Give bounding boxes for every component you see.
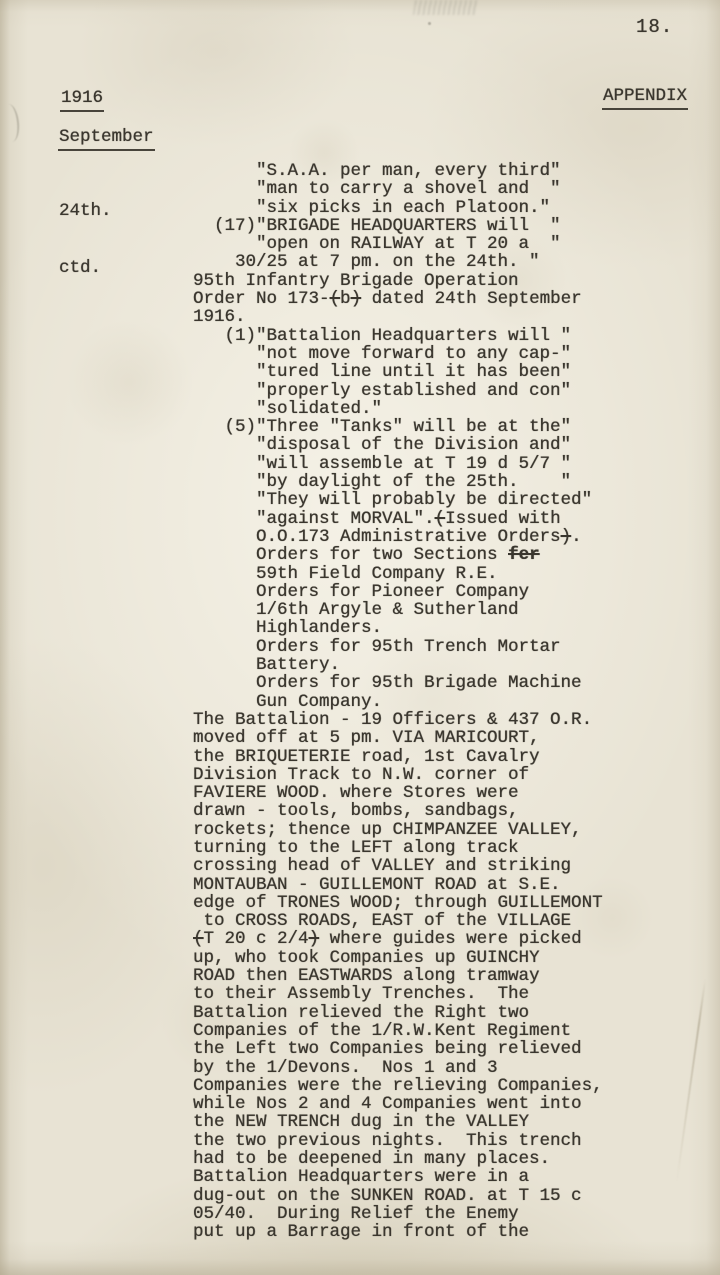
appendix-heading-text: APPENDIX [602, 86, 688, 110]
typed-line: "tured line until it has been" [193, 363, 603, 381]
typescript: "S.A.A. per man, every third" "man to ca… [193, 162, 603, 1242]
typed-line: "disposal of the Division and" [193, 436, 603, 454]
typed-line: to CROSS ROADS, EAST of the VILLAGE [193, 912, 603, 930]
typed-line: Orders for two Sections fer [193, 546, 603, 564]
typed-line: edge of TRONES WOOD; through GUILLEMONT [193, 894, 603, 912]
typed-line: Orders for Pioneer Company [193, 583, 603, 601]
typed-line: (T 20 c 2/4) where guides were picked [193, 930, 603, 948]
paper-crease [676, 979, 707, 1182]
typed-line: 30/25 at 7 pm. on the 24th. " [193, 253, 603, 271]
typed-line: 1916. [193, 308, 603, 326]
typed-line: Highlanders. [193, 619, 603, 637]
typed-line: O.O.173 Administrative Orders). [193, 528, 603, 546]
typed-line: "will assemble at T 19 d 5/7 " [193, 455, 603, 473]
typed-line: rockets; thence up CHIMPANZEE VALLEY, [193, 821, 603, 839]
typed-line: The Battalion - 19 Officers & 437 O.R. [193, 711, 603, 729]
typed-line: Orders for 95th Brigade Machine [193, 674, 603, 692]
page-sheet: 18. 1916 APPENDIX September 24th. ctd. "… [0, 0, 720, 1275]
typed-line: Order No 173-(b) dated 24th September [193, 290, 603, 308]
typed-line: while Nos 2 and 4 Companies went into [193, 1095, 603, 1113]
margin-date: 24th. [59, 202, 112, 221]
pencil-mark [0, 103, 21, 143]
margin-ctd: ctd. [59, 259, 112, 278]
margin-note: 24th. ctd. [59, 164, 112, 316]
typed-line: up, who took Companies up GUINCHY [193, 949, 603, 967]
typed-line: 1/6th Argyle & Sutherland [193, 601, 603, 619]
typed-line: "properly established and con" [193, 382, 603, 400]
typed-line: "against MORVAL".(Issued with [193, 510, 603, 528]
typed-line: "They will probably be directed" [193, 491, 603, 509]
typed-line: by the 1/Devons. Nos 1 and 3 [193, 1059, 603, 1077]
typed-line: had to be deepened in many places. [193, 1150, 603, 1168]
typed-line: Gun Company. [193, 693, 603, 711]
typed-line: "open on RAILWAY at T 20 a " [193, 235, 603, 253]
year-heading: 1916 [60, 88, 104, 108]
typed-line: "not move forward to any cap-" [193, 345, 603, 363]
month-heading-text: September [58, 127, 155, 151]
typed-line: FAVIERE WOOD. where Stores were [193, 784, 603, 802]
typed-line: MONTAUBAN - GUILLEMONT ROAD at S.E. [193, 876, 603, 894]
typed-line: drawn - tools, bombs, sandbags, [193, 802, 603, 820]
paper-speck [428, 22, 431, 25]
typed-line: Companies were the relieving Companies, [193, 1077, 603, 1095]
typed-line: put up a Barrage in front of the [193, 1223, 603, 1241]
paper-smudge [413, 0, 479, 15]
typed-line: 05/40. During Relief the Enemy [193, 1205, 603, 1223]
typed-line: the two previous nights. This trench [193, 1132, 603, 1150]
typed-line: (1)"Battalion Headquarters will " [193, 327, 603, 345]
typed-line: crossing head of VALLEY and striking [193, 857, 603, 875]
typed-line: dug-out on the SUNKEN ROAD. at T 15 c [193, 1187, 603, 1205]
typed-line: Companies of the 1/R.W.Kent Regiment [193, 1022, 603, 1040]
typed-line: Battalion Headquarters were in a [193, 1168, 603, 1186]
typed-line: Battalion relieved the Right two [193, 1004, 603, 1022]
typed-line: "solidated." [193, 400, 603, 418]
typed-line: 95th Infantry Brigade Operation [193, 272, 603, 290]
month-heading: September [58, 127, 155, 147]
typed-line: 59th Field Company R.E. [193, 565, 603, 583]
typed-line: the Left two Companies being relieved [193, 1040, 603, 1058]
typed-line: "six picks in each Platoon." [193, 199, 603, 217]
appendix-heading: APPENDIX [602, 86, 688, 106]
typed-line: "S.A.A. per man, every third" [193, 162, 603, 180]
typed-line: "man to carry a shovel and " [193, 180, 603, 198]
typed-line: (5)"Three "Tanks" will be at the" [193, 418, 603, 436]
year-heading-text: 1916 [60, 88, 104, 112]
typed-line: ROAD then EASTWARDS along tramway [193, 967, 603, 985]
typed-line: moved off at 5 pm. VIA MARICOURT, [193, 729, 603, 747]
typed-line: turning to the LEFT along track [193, 839, 603, 857]
typed-line: the BRIQUETERIE road, 1st Cavalry [193, 748, 603, 766]
typed-line: to their Assembly Trenches. The [193, 985, 603, 1003]
typed-line: Battery. [193, 656, 603, 674]
page-number: 18. [636, 16, 673, 38]
typed-line: (17)"BRIGADE HEADQUARTERS will " [193, 217, 603, 235]
typed-line: Orders for 95th Trench Mortar [193, 638, 603, 656]
typed-line: the NEW TRENCH dug in the VALLEY [193, 1113, 603, 1131]
typed-line: "by daylight of the 25th. " [193, 473, 603, 491]
typed-line: Division Track to N.W. corner of [193, 766, 603, 784]
